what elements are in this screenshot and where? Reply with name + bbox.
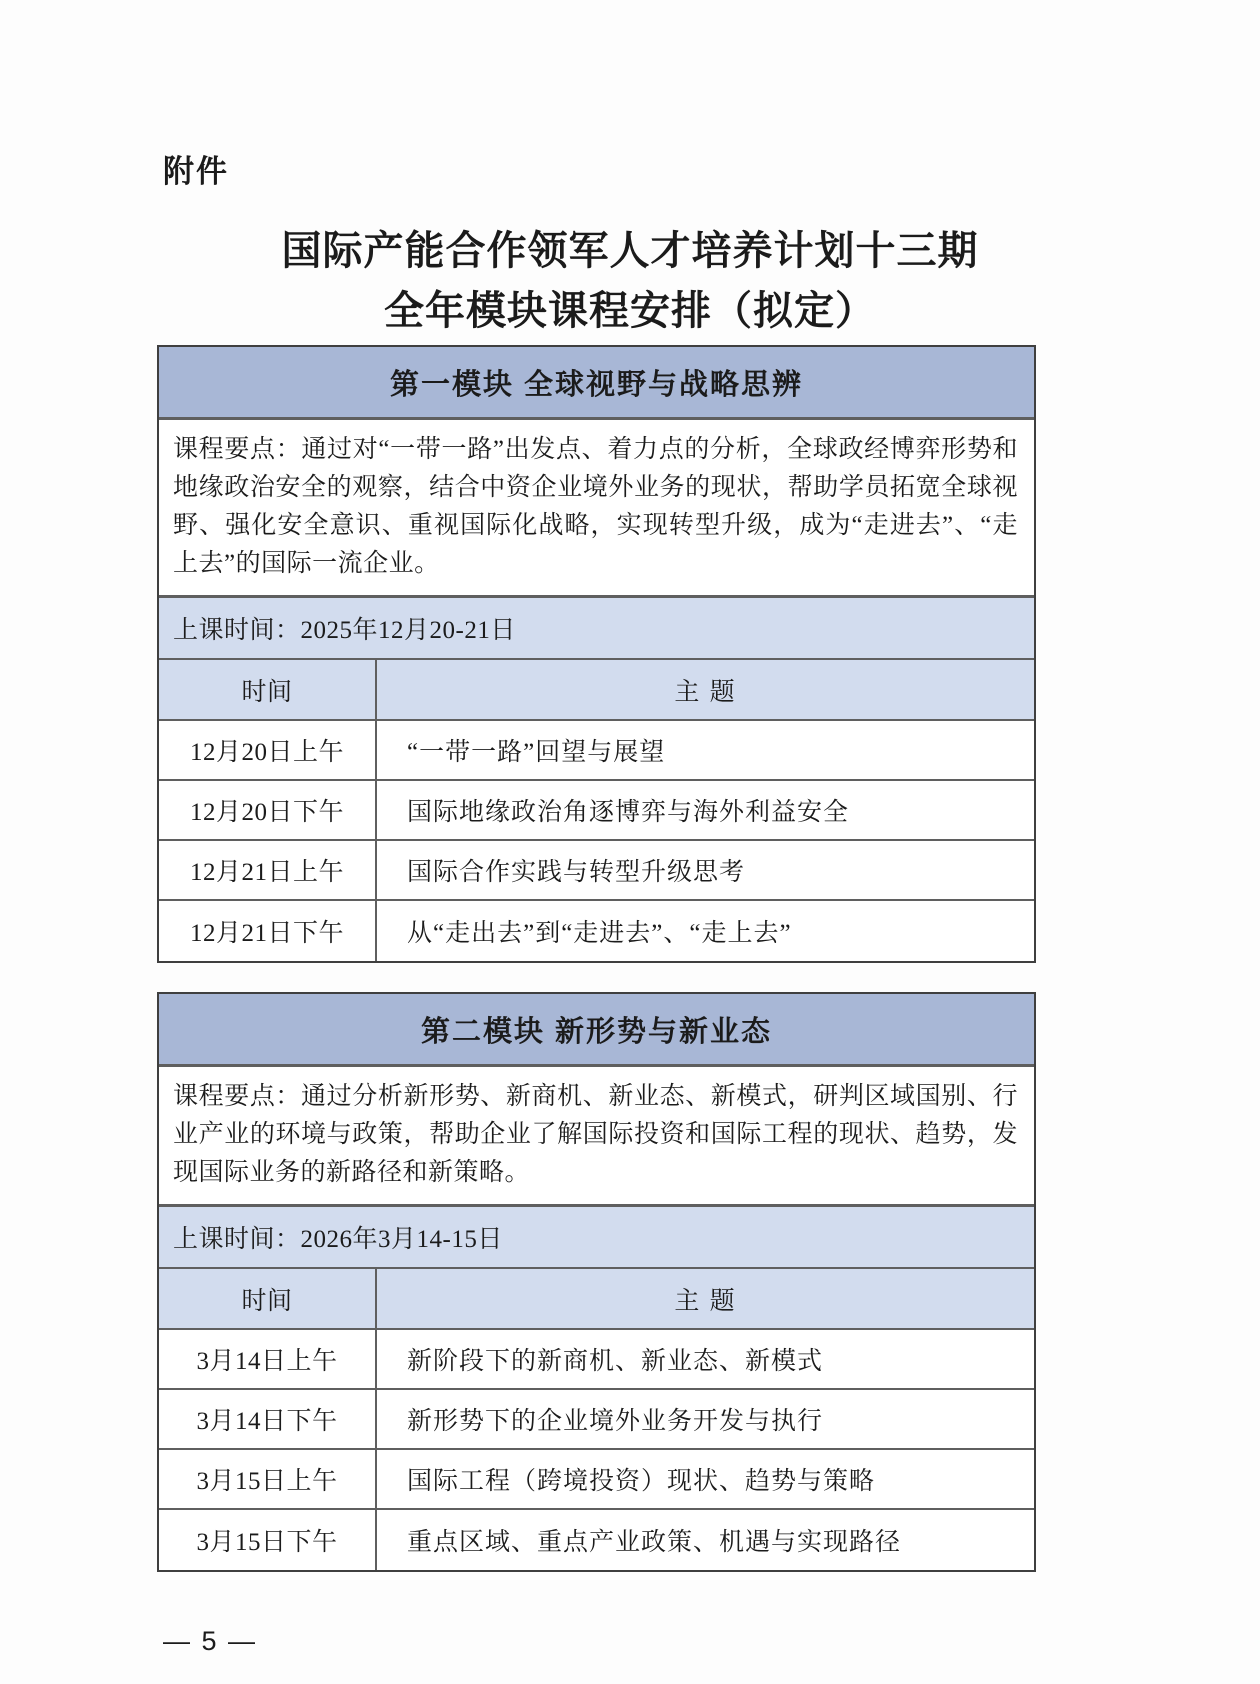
document-page: 附件 国际产能合作领军人才培养计划十三期 全年模块课程安排（拟定） 第一模块 全… [0,0,1260,1684]
module-2-schedule-header-row: 时间 主 题 [159,1269,1034,1330]
document-title-line2: 全年模块课程安排（拟定） [130,290,1130,332]
module-1-schedule-header-row: 时间 主 题 [159,660,1034,721]
session-topic: 重点区域、重点产业政策、机遇与实现路径 [377,1510,1034,1570]
session-topic: 国际工程（跨境投资）现状、趋势与策略 [377,1450,1034,1508]
session-time: 3月14日上午 [159,1330,377,1388]
schedule-row: 3月14日上午 新阶段下的新商机、新业态、新模式 [159,1330,1034,1390]
module-1-table: 第一模块 全球视野与战略思辨 课程要点：通过对“一带一路”出发点、着力点的分析，… [157,345,1036,963]
schedule-row: 3月15日上午 国际工程（跨境投资）现状、趋势与策略 [159,1450,1034,1510]
schedule-row: 12月21日上午 国际合作实践与转型升级思考 [159,841,1034,901]
document-title: 国际产能合作领军人才培养计划十三期 全年模块课程安排（拟定） [130,230,1130,332]
session-time: 3月15日上午 [159,1450,377,1508]
schedule-row: 3月15日下午 重点区域、重点产业政策、机遇与实现路径 [159,1510,1034,1570]
document-title-line1: 国际产能合作领军人才培养计划十三期 [130,230,1130,272]
page-number: — 5 — [163,1626,257,1657]
session-time: 12月21日下午 [159,901,377,961]
module-1-summary: 课程要点：通过对“一带一路”出发点、着力点的分析，全球政经博弈形势和地缘政治安全… [159,420,1034,598]
attachment-label: 附件 [163,146,229,191]
session-time: 12月21日上午 [159,841,377,899]
schedule-row: 12月20日下午 国际地缘政治角逐博弈与海外利益安全 [159,781,1034,841]
session-topic: 新形势下的企业境外业务开发与执行 [377,1390,1034,1448]
session-time: 12月20日下午 [159,781,377,839]
session-time: 3月15日下午 [159,1510,377,1570]
module-2-summary: 课程要点：通过分析新形势、新商机、新业态、新模式，研判区域国别、行业产业的环境与… [159,1067,1034,1207]
schedule-row: 12月21日下午 从“走出去”到“走进去”、“走上去” [159,901,1034,961]
session-topic: 新阶段下的新商机、新业态、新模式 [377,1330,1034,1388]
schedule-row: 3月14日下午 新形势下的企业境外业务开发与执行 [159,1390,1034,1450]
session-topic: 国际地缘政治角逐博弈与海外利益安全 [377,781,1034,839]
session-topic: 从“走出去”到“走进去”、“走上去” [377,901,1034,961]
topic-column-header: 主 题 [377,660,1034,719]
module-2-class-time: 上课时间：2026年3月14-15日 [159,1207,1034,1269]
session-topic: “一带一路”回望与展望 [377,721,1034,779]
session-time: 12月20日上午 [159,721,377,779]
session-topic: 国际合作实践与转型升级思考 [377,841,1034,899]
session-time: 3月14日下午 [159,1390,377,1448]
time-column-header: 时间 [159,1269,377,1328]
schedule-row: 12月20日上午 “一带一路”回望与展望 [159,721,1034,781]
topic-column-header: 主 题 [377,1269,1034,1328]
module-2-title: 第二模块 新形势与新业态 [159,994,1034,1067]
module-1-class-time: 上课时间：2025年12月20-21日 [159,598,1034,660]
module-1-title: 第一模块 全球视野与战略思辨 [159,347,1034,420]
module-2-table: 第二模块 新形势与新业态 课程要点：通过分析新形势、新商机、新业态、新模式，研判… [157,992,1036,1572]
time-column-header: 时间 [159,660,377,719]
